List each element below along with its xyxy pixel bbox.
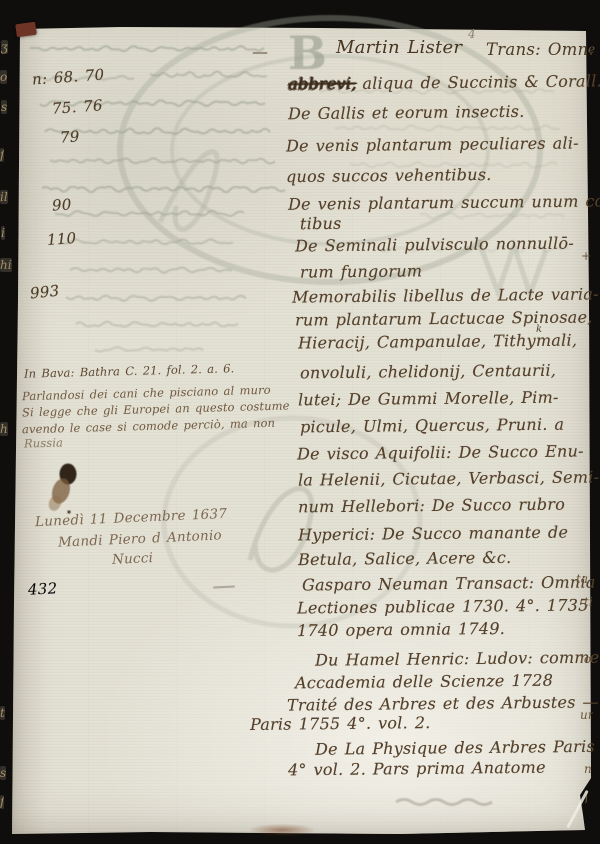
manuscript-line: Du Hamel Henric: Ludov: commercio [315,647,600,669]
show-through-line [335,125,560,130]
manuscript-line: Paris 1755 4°. vol. 2. [250,713,431,734]
manuscript-line: Accademia delle Scienze 1728 [295,671,553,693]
edge-fragment: ʒ [1,40,8,54]
edge-fragment: ta [576,572,588,586]
margin-number: 90 [51,195,72,214]
edge-fragment: e [588,42,595,56]
manuscript-line: tibus [300,214,342,233]
manuscript-line: De Gallis et eorum insectis. [288,102,525,123]
edge-fragment: s [1,100,7,114]
show-through-line [42,187,285,193]
manuscript-line: num Hellebori: De Succo rubro [298,495,565,517]
manuscript-line: la Helenii, Cicutae, Verbasci, Semi- [298,467,599,489]
edge-fragment: i [1,226,5,240]
manuscript-line: Hyperici: De Succo manante de [298,523,568,545]
edge-fragment: il [0,190,8,204]
manuscript-line: Traité des Arbres et des Arbustes — [287,692,599,714]
show-through-line [150,72,267,78]
manuscript-line: 4° vol. 2. Pars prima Anatome [288,758,546,780]
edge-fragment: t [0,706,5,720]
manuscript-line: quos succos vehentibus. [286,165,492,186]
margin-number: 993 [29,282,60,303]
show-through-line [70,268,232,273]
margin-number: 75. 76 [51,96,103,117]
show-through-line [95,347,203,351]
header-dash: — [252,42,268,61]
manuscript-line: Memorabilis libellus de Lacte varia- [292,284,599,306]
show-through-line [62,239,233,244]
edge-fragment: ti [584,595,593,609]
manuscript-line: Gasparo Neuman Transact: Omnia [302,572,596,594]
show-through-line [76,322,238,327]
manuscript-line: Lectiones publicae 1730. 4°. 1735 [297,595,589,617]
manuscript-line: Betula, Salice, Acere &c. [298,548,512,569]
manuscript-line: De venis plantarum succum unum com̃ [288,191,600,213]
scribbled-word: abbrevi, [288,74,357,94]
line-text: aliqua de Succinis & Corall. [362,71,600,93]
header-superscript: 4 [468,27,476,41]
edge-fragment: ur [580,708,593,722]
margin-cross-mark: + [581,249,591,263]
edge-fragment: h [0,422,8,436]
ink-blot [46,464,76,514]
show-through-line [30,46,264,51]
edge-fragment: ſ [0,148,4,162]
edge-fragment: io [580,652,591,666]
margin-number: 110 [46,229,77,249]
manuscript-line: De La Physique des Arbres Paris 1758 [315,736,600,758]
manuscript-line: De visco Aquifolii: De Succo Enu- [297,441,584,463]
header-author: Martin Lister [336,37,462,58]
edge-fragment: ſ [0,795,4,809]
show-through-line [66,296,246,301]
superscript-k: k [536,324,542,335]
manuscript-line: De venis plantarum peculiares ali- [286,133,579,155]
date-note-line: Nucci [112,550,154,568]
manuscript-line: De Seminali pulvisculo nonnullō- [295,234,574,256]
stamp-letter: B [288,26,327,80]
pencil-smudge [396,800,492,805]
page-number: 432 [28,579,58,599]
show-through-line [50,158,275,163]
header-title-abbrev: Trans: Omn. [486,40,594,59]
margin-number: 79 [59,127,80,146]
edge-fragment: s [0,766,6,780]
manuscript-line: onvoluli, chelidonij, Centaurii, [300,361,556,383]
edge-fragment: n [584,762,592,776]
manuscript-scan: { "stamp": { "letter": "B" }, "header": … [0,0,600,844]
manuscript-line: 1740 opera omnia 1749. [297,619,505,640]
manuscript-line: abbrevi,aliqua de Succinis & Corall. [288,71,600,93]
manuscript-line: rum plantarum Lactucae Spinosae, [295,307,593,329]
manuscript-line: lutei; De Gummi Morelle, Pim- [298,388,559,410]
border-smear [250,824,314,836]
margin-note-line: Russia [24,435,63,450]
edge-fragment: o [0,70,7,84]
manuscript-line: rum fungorum [300,261,422,281]
edge-fragment: hi [0,258,12,272]
manuscript-line: picule, Ulmi, Quercus, Pruni. a [300,415,564,437]
